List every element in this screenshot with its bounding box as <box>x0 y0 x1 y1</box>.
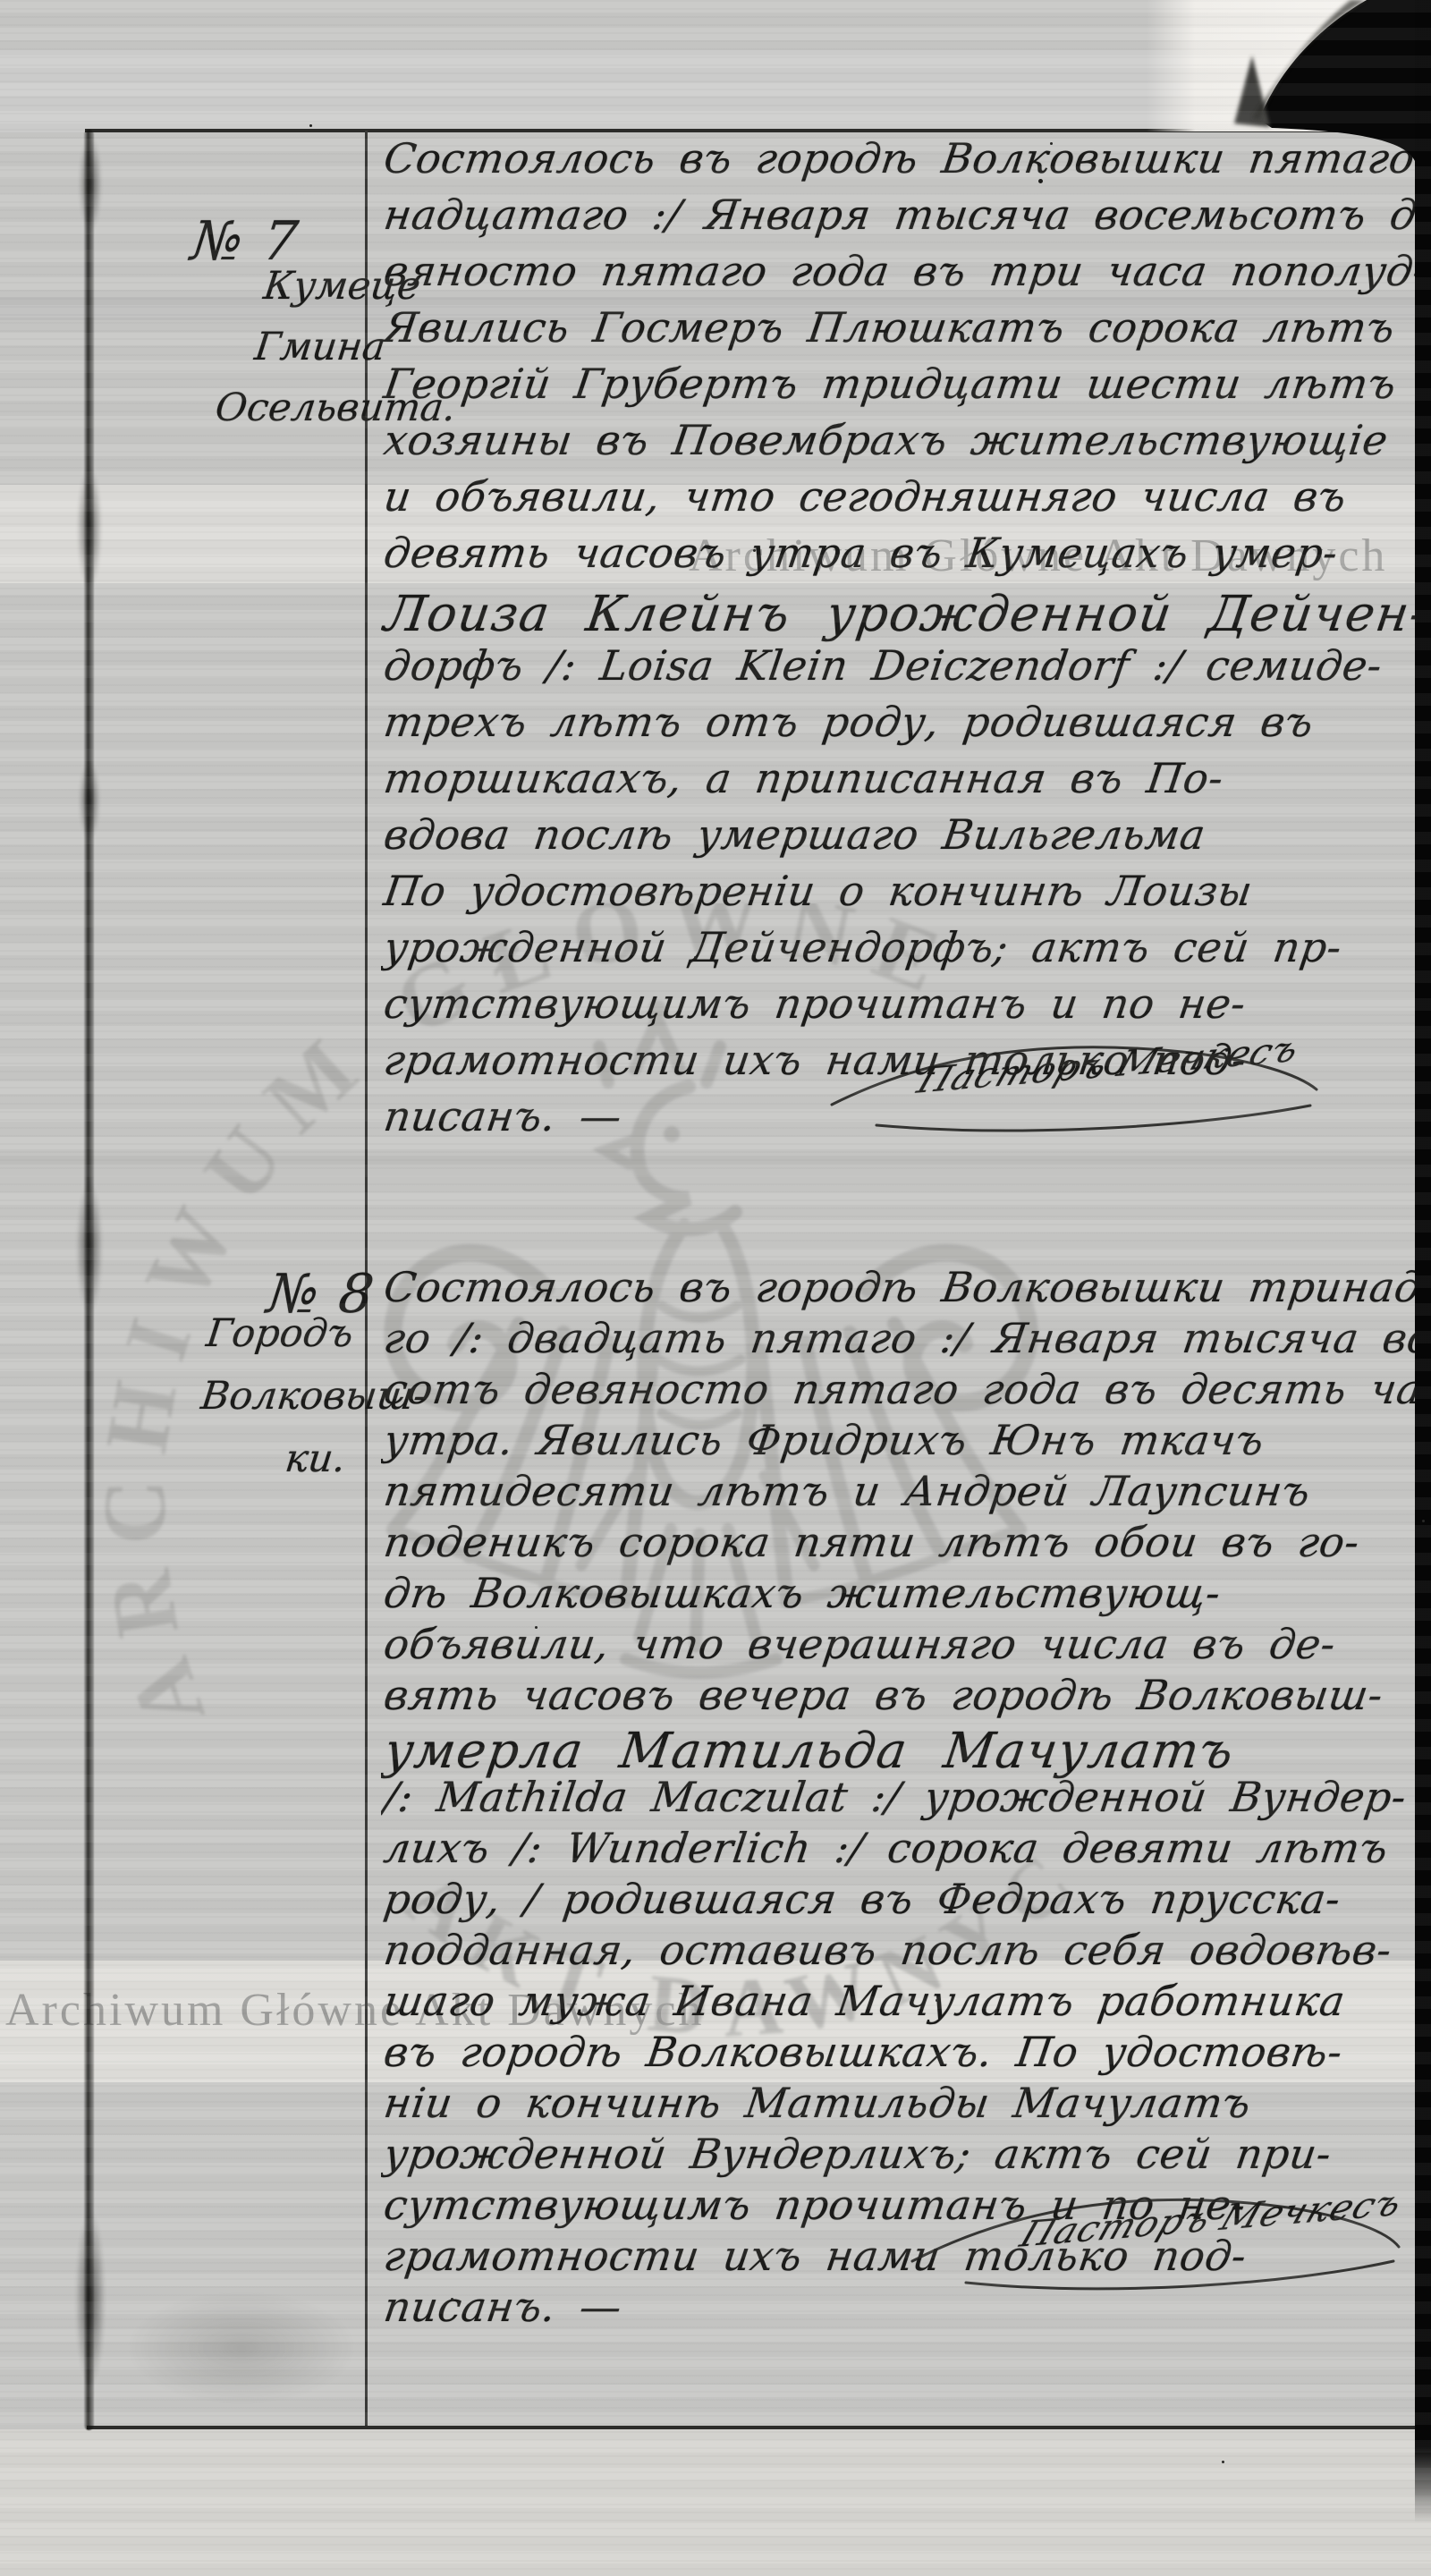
entry-place-label: ки. <box>283 1436 348 1481</box>
manuscript-line: Лоиза Клейнъ урожденной Дейчен- <box>381 585 1418 642</box>
manuscript-line: сотъ девяносто пятаго года въ десять ча- <box>381 1365 1418 1413</box>
manuscript-line: дѣ Волковышкахъ жительствующ- <box>381 1569 1224 1617</box>
manuscript-line: умерла Матильда Мачулатъ <box>381 1722 1238 1779</box>
manuscript-line: ніи о кончинѣ Матильды Мачулатъ <box>381 2079 1254 2127</box>
manuscript-line: подданная, оставивъ послѣ себя овдовѣв- <box>381 1926 1395 1974</box>
manuscript-line: хозяины въ Повембрахъ жительствующіе <box>381 416 1391 464</box>
manuscript-line: Состоялось въ городѣ Волковышки тринадца… <box>381 1263 1418 1311</box>
frame-bottom-rule <box>87 2426 1431 2429</box>
manuscript-line: Явились Госмеръ Плюшкатъ сорока лѣтъ <box>381 303 1398 352</box>
manuscript-line: роду, / родившаяся въ Федрахъ прусска- <box>381 1875 1343 1923</box>
scan-background-right-strip <box>1415 0 1431 2522</box>
manuscript-line: писанъ. — <box>381 2283 625 2331</box>
entry-place-label: Гмина <box>252 325 388 369</box>
manuscript-line: Георгій Грубертъ тридцати шести лѣтъ <box>381 360 1400 408</box>
manuscript-line: дорфъ /: Loisa Klein Deiczendorf :/ семи… <box>381 641 1385 690</box>
binding-smudge <box>79 134 102 233</box>
manuscript-line: вять часовъ вечера въ городѣ Волковыш- <box>381 1671 1386 1719</box>
manuscript-line: урожденной Вундерлихъ; актъ сей при- <box>381 2130 1334 2178</box>
manuscript-line: объявили, что вчерашняго числа въ де- <box>381 1620 1339 1668</box>
manuscript-line: девять часовъ утра въ Кумецахъ умер- <box>381 529 1341 577</box>
manuscript-line: торшикаахъ, а приписанная въ По- <box>381 754 1226 802</box>
scan-background-corner <box>1136 0 1431 233</box>
manuscript-line: трехъ лѣтъ отъ роду, родившаяся въ <box>381 698 1317 746</box>
binding-smudge <box>75 2209 106 2388</box>
manuscript-line: вдова послѣ умершаго Вильгельма <box>381 810 1208 859</box>
scan-light-band <box>0 2429 1431 2576</box>
binding-smudge <box>77 465 102 590</box>
manuscript-line: го /: двадцать пятаго :/ Января тысяча в… <box>381 1314 1418 1362</box>
dust-speck <box>309 124 312 127</box>
manuscript-line: /: Mathilda Maczulat :/ урожденной Вунде… <box>381 1773 1410 1821</box>
manuscript-line: утра. Явились Фридрихъ Юнъ ткачъ <box>381 1416 1267 1464</box>
manuscript-line: По удостовѣреніи о кончинѣ Лоизы <box>381 867 1256 915</box>
manuscript-line: шаго мужа Ивана Мачулатъ работника <box>381 1977 1348 2025</box>
manuscript-line: поденикъ сорока пяти лѣтъ обои въ го- <box>381 1518 1363 1566</box>
manuscript-line: лихъ /: Wunderlich :/ сорока девяти лѣтъ <box>381 1824 1391 1872</box>
manuscript-line: пятидесяти лѣтъ и Андрей Лаупсинъ <box>381 1467 1314 1515</box>
binding-smudge <box>76 1181 103 1315</box>
manuscript-line: и объявили, что сегодняшняго числа въ <box>381 472 1350 521</box>
entry-place-label: Городъ <box>204 1311 356 1356</box>
binding-smudge <box>79 760 100 841</box>
manuscript-line: сутствующимъ прочитанъ и по не- <box>381 979 1249 1028</box>
entry-7-body: Состоялось въ городѣ Волковышки пятаго /… <box>381 134 1418 1176</box>
scanned-register-page: ARCHIWUM GŁÓWNE AKT DAWNYCH <box>0 0 1431 2576</box>
manuscript-line: въ городѣ Волковышкахъ. По удостовѣ- <box>381 2028 1346 2076</box>
manuscript-line: вяносто пятаго года въ три часа пополуд- <box>381 247 1418 295</box>
manuscript-line: урожденной Дейчендорфъ; актъ сей пр- <box>381 923 1345 971</box>
paper-stain <box>125 2290 358 2406</box>
manuscript-line: писанъ. — <box>381 1092 625 1140</box>
